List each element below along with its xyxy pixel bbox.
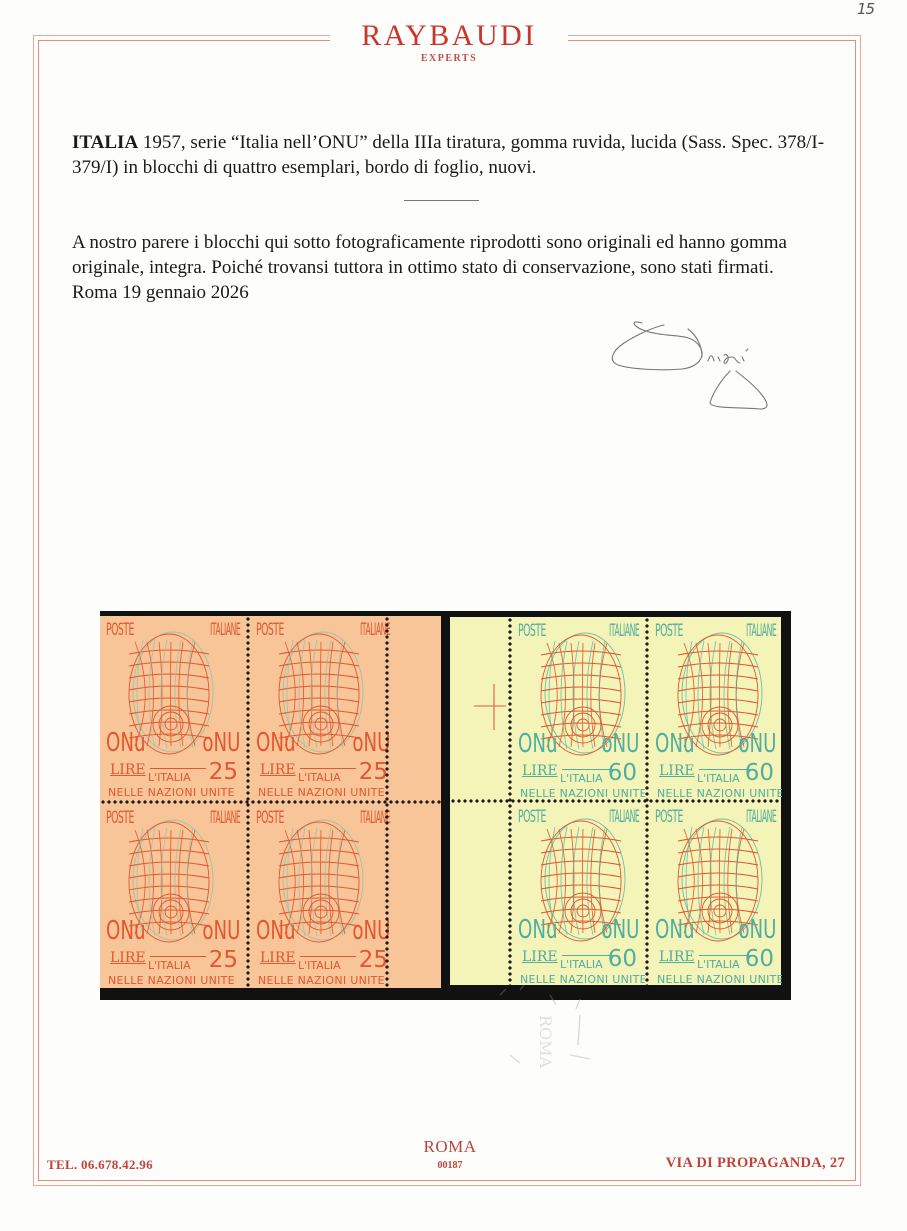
stamp-description: ITALIA 1957, serie “Italia nell’ONU” del…: [72, 130, 832, 180]
embossed-roma-seal-icon: ROMA: [480, 985, 630, 1085]
stamp-60-lire: POSTE ITALIANE ONu oNU LIRE L'ITALIA 60 …: [649, 803, 782, 983]
footer-address: VIA DI PROPAGANDA, 27: [666, 1155, 845, 1172]
stamp-25-lire: POSTE ITALIANE ONu oNU LIRE L'ITALIA 25 …: [250, 616, 396, 798]
stamp-lire-text: LIRE: [260, 950, 296, 966]
stamp-60-lire: POSTE ITALIANE ONu oNU LIRE L'ITALIA 60 …: [649, 617, 782, 797]
separator-line: [404, 200, 479, 201]
stamp-25-lire: POSTE ITALIANE ONu oNU LIRE L'ITALIA 25 …: [100, 804, 246, 986]
registration-cross-icon: [470, 682, 510, 732]
stamp-value: 25: [359, 759, 388, 785]
stamp-poste-text: POSTE: [256, 808, 284, 828]
footer-postcode: 00187: [380, 1160, 520, 1171]
stamp-onu-left-text: ONu: [106, 916, 145, 946]
stamp-italiane-text: ITALIANE: [746, 807, 776, 827]
stamp-onu-left-text: ONu: [655, 729, 694, 759]
stamp-litalia-text: L'ITALIA: [148, 771, 191, 784]
stamp-onu-right-text: oNU: [601, 729, 639, 759]
stamp-litalia-text: L'ITALIA: [298, 959, 341, 972]
place-date: Roma 19 gennaio 2026: [72, 280, 832, 305]
stamp-value: 60: [608, 760, 637, 786]
stamp-value: 60: [745, 760, 774, 786]
stamp-onu-right-text: oNU: [738, 915, 776, 945]
stamp-lire-text: LIRE: [110, 762, 146, 778]
svg-text:ROMA: ROMA: [536, 1015, 555, 1069]
stamp-block-60-lire: POSTE ITALIANE ONu oNU LIRE L'ITALIA 60 …: [450, 617, 781, 985]
stamp-value: 60: [608, 946, 637, 972]
stamp-rule: [150, 956, 206, 957]
perforation-horizontal: [100, 800, 441, 804]
stamp-onu-right-text: oNU: [202, 728, 240, 758]
stamp-onu-left-text: ONu: [655, 915, 694, 945]
stamp-rule: [150, 768, 206, 769]
country-label: ITALIA: [72, 132, 138, 153]
stamp-litalia-text: L'ITALIA: [697, 958, 740, 971]
stamp-nazioni-unite-text: NELLE NAZIONI UNITE: [108, 786, 235, 798]
stamp-nazioni-unite-text: NELLE NAZIONI UNITE: [657, 973, 782, 983]
stamp-nazioni-unite-text: NELLE NAZIONI UNITE: [520, 787, 645, 797]
stamp-value: 25: [209, 759, 238, 785]
stamp-litalia-text: L'ITALIA: [697, 772, 740, 785]
stamp-onu-right-text: oNU: [738, 729, 776, 759]
stamp-litalia-text: L'ITALIA: [560, 772, 603, 785]
stamp-onu-left-text: ONu: [256, 728, 295, 758]
stamp-italiane-text: ITALIANE: [746, 621, 776, 641]
footer-phone: TEL. 06.678.42.96: [47, 1157, 153, 1173]
stamp-onu-left-text: ONu: [106, 728, 145, 758]
stamp-rule: [300, 956, 356, 957]
stamp-italiane-text: ITALIANE: [210, 620, 240, 640]
stamp-onu-left-text: ONu: [518, 729, 557, 759]
stamp-block-25-lire: POSTE ITALIANE ONu oNU LIRE L'ITALIA 25 …: [100, 616, 441, 988]
stamp-litalia-text: L'ITALIA: [148, 959, 191, 972]
stamp-lire-text: LIRE: [260, 762, 296, 778]
stamp-value: 60: [745, 946, 774, 972]
pencil-note: 15: [857, 0, 874, 18]
stamp-lire-text: LIRE: [522, 763, 558, 779]
stamp-onu-left-text: ONu: [518, 915, 557, 945]
stamp-poste-text: POSTE: [256, 620, 284, 640]
stamp-onu-right-text: oNU: [601, 915, 639, 945]
stamp-nazioni-unite-text: NELLE NAZIONI UNITE: [258, 786, 385, 798]
stamp-rule: [300, 768, 356, 769]
stamp-onu-left-text: ONu: [256, 916, 295, 946]
stamp-litalia-text: L'ITALIA: [298, 771, 341, 784]
stamp-italiane-text: ITALIANE: [210, 808, 240, 828]
stamp-nazioni-unite-text: NELLE NAZIONI UNITE: [657, 787, 782, 797]
signature-icon: [590, 305, 810, 415]
stamp-lire-text: LIRE: [522, 949, 558, 965]
brand-subtitle: EXPERTS: [330, 53, 568, 64]
expert-opinion: A nostro parere i blocchi qui sotto foto…: [72, 230, 832, 305]
stamp-litalia-text: L'ITALIA: [560, 958, 603, 971]
stamp-poste-text: POSTE: [518, 621, 546, 641]
stamp-onu-right-text: oNU: [202, 916, 240, 946]
stamp-60-lire: POSTE ITALIANE ONu oNU LIRE L'ITALIA 60 …: [512, 803, 645, 983]
stamp-60-lire: POSTE ITALIANE ONu oNU LIRE L'ITALIA 60 …: [512, 617, 645, 797]
stamp-25-lire: POSTE ITALIANE ONu oNU LIRE L'ITALIA 25 …: [100, 616, 246, 798]
stamp-poste-text: POSTE: [655, 807, 683, 827]
stamp-value: 25: [209, 947, 238, 973]
stamp-lire-text: LIRE: [110, 950, 146, 966]
footer-city: ROMA: [380, 1137, 520, 1157]
stamp-25-lire: POSTE ITALIANE ONu oNU LIRE L'ITALIA 25 …: [250, 804, 396, 986]
stamp-nazioni-unite-text: NELLE NAZIONI UNITE: [258, 974, 385, 986]
stamp-value: 25: [359, 947, 388, 973]
description-text: 1957, serie “Italia nell’ONU” della IIIa…: [72, 132, 824, 178]
brand-title: RAYBAUDI: [330, 19, 568, 53]
stamp-poste-text: POSTE: [518, 807, 546, 827]
stamp-nazioni-unite-text: NELLE NAZIONI UNITE: [520, 973, 645, 983]
stamp-lire-text: LIRE: [659, 949, 695, 965]
stamp-italiane-text: ITALIANE: [609, 807, 639, 827]
stamp-italiane-text: ITALIANE: [609, 621, 639, 641]
stamp-nazioni-unite-text: NELLE NAZIONI UNITE: [108, 974, 235, 986]
stamp-poste-text: POSTE: [655, 621, 683, 641]
opinion-paragraph: A nostro parere i blocchi qui sotto foto…: [72, 230, 832, 280]
perforation-horizontal: [450, 799, 781, 803]
stamp-poste-text: POSTE: [106, 808, 134, 828]
stamp-poste-text: POSTE: [106, 620, 134, 640]
stamp-lire-text: LIRE: [659, 763, 695, 779]
